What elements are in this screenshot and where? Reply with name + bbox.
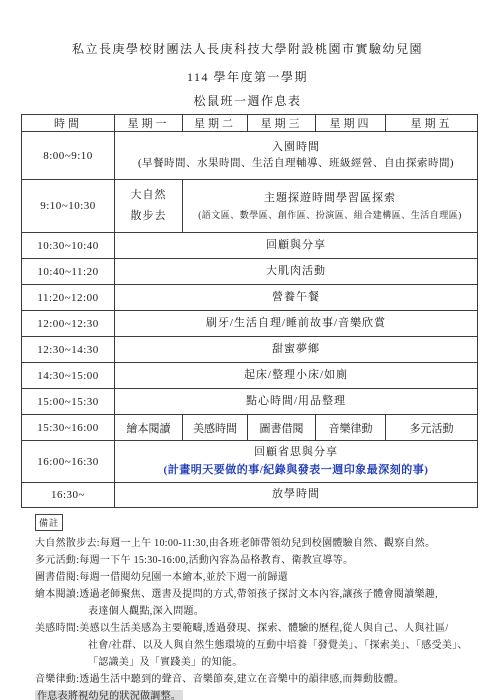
monday-activity-cell: 大自然 散步去 — [115, 180, 183, 233]
table-row: 15:30~16:00 繪本閱讀 美感時間 圖書借閱 音樂律動 多元活動 — [22, 415, 478, 441]
school-title: 私立長庚學校財團法人長庚科技大學附設桃園市實驗幼兒園 — [0, 0, 495, 57]
activity-cell: 甜蜜夢鄉 — [115, 337, 478, 363]
activity-cell: 大肌肉活動 — [115, 259, 478, 285]
friday-activity-cell: 多元活動 — [386, 415, 478, 441]
time-cell: 15:30~16:00 — [22, 415, 115, 441]
activity-title: 入園時間 — [116, 139, 476, 157]
activity-title: 刷牙/生活自理/睡前故事/音樂欣賞 — [116, 315, 476, 333]
activity-title: 甜蜜夢鄉 — [116, 341, 476, 359]
activity-title: 放學時間 — [116, 486, 476, 504]
monday-activity-cell: 繪本閱讀 — [115, 415, 183, 441]
note-item-continuation: 表達個人觀點,深入問題。 — [35, 603, 475, 620]
table-row: 16:00~16:30 回顧省思與分享 (計畫明天要做的事/紀錄與發表一週印象最… — [22, 441, 478, 483]
activity-detail: (語文區、數學區、創作區、扮演區、組合建構區、生活自理區) — [184, 208, 476, 222]
table-row: 14:30~15:00 起床/整理小床/如廁 — [22, 363, 478, 389]
time-cell: 15:00~15:30 — [22, 389, 115, 415]
time-cell: 12:00~12:30 — [22, 311, 115, 337]
time-cell: 9:10~10:30 — [22, 180, 115, 233]
tuesday-activity-cell: 美感時間 — [183, 415, 248, 441]
semester-title: 114 學年度第一學期 — [0, 68, 495, 85]
note-item-continuation: 「認識美」及「實踐美」的知能。 — [35, 654, 475, 671]
activity-title: 大肌肉活動 — [116, 263, 476, 281]
activity-detail-blue: (計畫明天要做的事/紀錄與發表一週印象最深刻的事) — [116, 462, 476, 479]
document-page: 私立長庚學校財團法人長庚科技大學附設桃園市實驗幼兒園 114 學年度第一學期 松… — [0, 0, 495, 700]
table-row: 9:10~10:30 大自然 散步去 主題探遊時間學習區探索 (語文區、數學區、… — [22, 180, 478, 233]
activity-cell: 營養午餐 — [115, 285, 478, 311]
table-row: 10:40~11:20 大肌肉活動 — [22, 259, 478, 285]
note-item-highlighted: 作息表將視幼兒的狀況做調整。 — [35, 688, 475, 700]
note-item-continuation: 社會/社群、以及人與自然生態環境的互動中培養「發覺美」、「探索美」、「感受美」、 — [35, 637, 475, 654]
time-cell: 8:00~9:10 — [22, 132, 115, 180]
table-row: 15:00~15:30 點心時間/用品整理 — [22, 389, 478, 415]
time-cell: 10:40~11:20 — [22, 259, 115, 285]
table-row: 16:30~ 放學時間 — [22, 483, 478, 508]
table-row: 11:20~12:00 營養午餐 — [22, 285, 478, 311]
thursday-activity-cell: 音樂律動 — [316, 415, 386, 441]
activity-cell: 入園時間 (早餐時間、水果時間、生活自理輔導、班級經營、自由探索時間) — [115, 132, 478, 180]
activity-cell: 放學時間 — [115, 483, 478, 508]
notes-label: 備註 — [35, 514, 63, 531]
monday-activity-line1: 大自然 — [116, 185, 181, 206]
time-cell: 12:30~14:30 — [22, 337, 115, 363]
table-row: 12:00~12:30 刷牙/生活自理/睡前故事/音樂欣賞 — [22, 311, 478, 337]
activity-title: 營養午餐 — [116, 289, 476, 307]
notes-section: 備註 大自然散步去:每週一上午 10:00-11:30,由各班老師帶領幼兒到校園… — [35, 513, 475, 700]
activity-cell: 主題探遊時間學習區探索 (語文區、數學區、創作區、扮演區、組合建構區、生活自理區… — [183, 180, 478, 233]
note-item: 音樂律動:透過生活中聽到的聲音、音樂節奏,建立在音樂中的韻律感,而舞動肢體。 — [35, 671, 475, 688]
note-item: 大自然散步去:每週一上午 10:00-11:30,由各班老師帶領幼兒到校園體驗自… — [35, 535, 475, 552]
activity-cell: 回顧省思與分享 (計畫明天要做的事/紀錄與發表一週印象最深刻的事) — [115, 441, 478, 483]
header-row: 時間 星期一 星期二 星期三 星期四 星期五 — [22, 115, 478, 132]
header-cell-friday: 星期五 — [386, 115, 478, 132]
time-cell: 11:20~12:00 — [22, 285, 115, 311]
note-item: 美感時間:美感以生活美感為主要範疇,透過發現、探索、體驗的歷程,從人與自己、人與… — [35, 620, 475, 637]
time-cell: 10:30~10:40 — [22, 233, 115, 259]
table-row: 8:00~9:10 入園時間 (早餐時間、水果時間、生活自理輔導、班級經營、自由… — [22, 132, 478, 180]
activity-cell: 點心時間/用品整理 — [115, 389, 478, 415]
monday-activity-line2: 散步去 — [116, 206, 181, 227]
table-row: 10:30~10:40 回顧與分享 — [22, 233, 478, 259]
time-cell: 16:30~ — [22, 483, 115, 508]
time-cell: 16:00~16:30 — [22, 441, 115, 483]
header-cell-thursday: 星期四 — [316, 115, 386, 132]
table-row: 12:30~14:30 甜蜜夢鄉 — [22, 337, 478, 363]
header-cell-wednesday: 星期三 — [248, 115, 316, 132]
note-item: 圖書借閱:每週一借閱幼兒園一本繪本,並於下週一前歸還 — [35, 569, 475, 586]
activity-title: 主題探遊時間學習區探索 — [184, 190, 476, 208]
note-item: 多元活動:每週一下午 15:30-16:00,活動內容為品格教育、衛教宣導等。 — [35, 552, 475, 569]
wednesday-activity-cell: 圖書借閱 — [248, 415, 316, 441]
activity-cell: 回顧與分享 — [115, 233, 478, 259]
note-item: 繪本閱讀:透過老師聚焦、選書及提問的方式,帶領孩子探討文本內容,讓孩子體會閱讀樂… — [35, 586, 475, 603]
activity-title: 起床/整理小床/如廁 — [116, 367, 476, 385]
activity-detail: (早餐時間、水果時間、生活自理輔導、班級經營、自由探索時間) — [116, 156, 476, 172]
activity-cell: 起床/整理小床/如廁 — [115, 363, 478, 389]
schedule-title: 松鼠班一週作息表 — [0, 92, 495, 109]
header-cell-time: 時間 — [22, 115, 115, 132]
header-cell-tuesday: 星期二 — [183, 115, 248, 132]
weekly-schedule-table: 時間 星期一 星期二 星期三 星期四 星期五 8:00~9:10 入園時間 (早… — [21, 114, 478, 508]
highlighted-note-text: 作息表將視幼兒的狀況做調整。 — [35, 690, 183, 700]
activity-title: 回顧省思與分享 — [116, 444, 476, 462]
time-cell: 14:30~15:00 — [22, 363, 115, 389]
activity-title: 點心時間/用品整理 — [116, 393, 476, 411]
activity-cell: 刷牙/生活自理/睡前故事/音樂欣賞 — [115, 311, 478, 337]
activity-title: 回顧與分享 — [116, 237, 476, 255]
header-cell-monday: 星期一 — [115, 115, 183, 132]
